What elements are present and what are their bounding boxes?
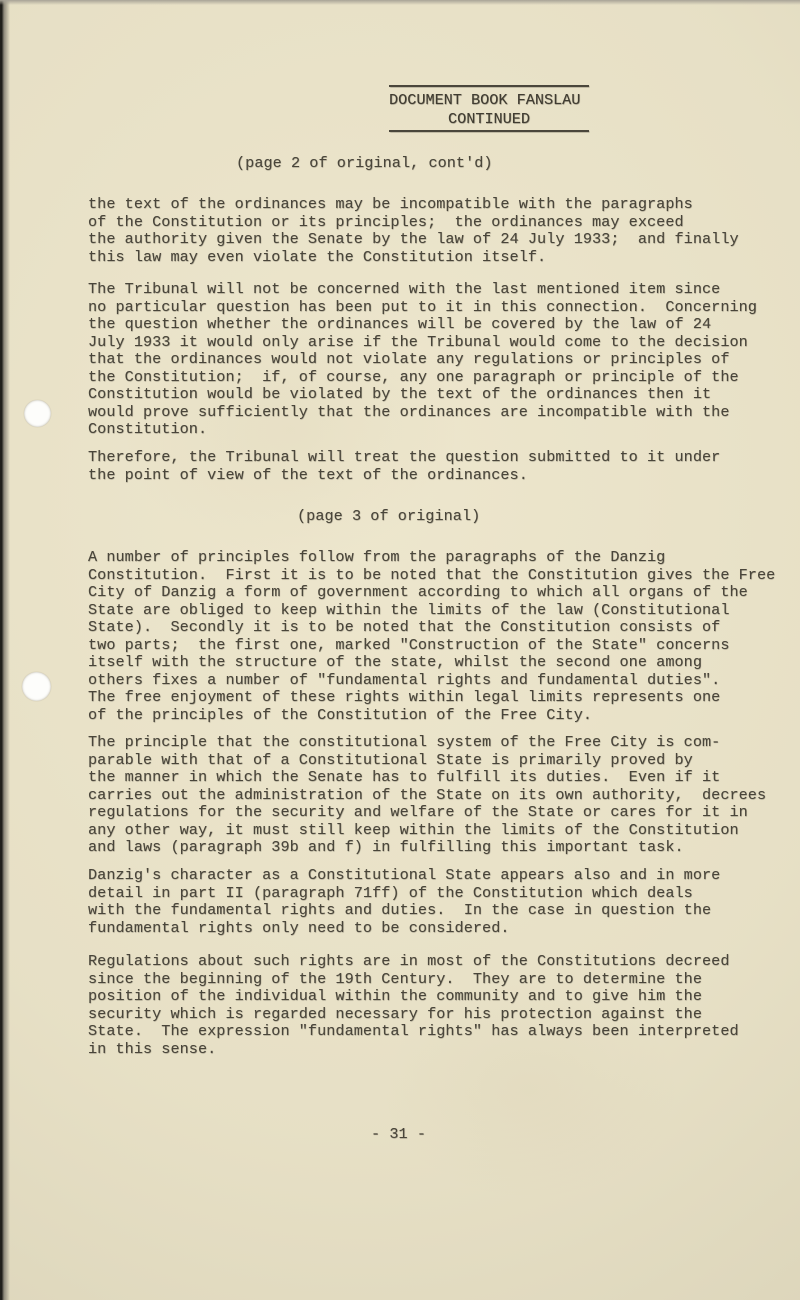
page2-section-heading: (page 2 of original, cont'd)	[236, 155, 493, 173]
paragraph-constitutional-system: The principle that the constitutional sy…	[88, 734, 766, 857]
paragraph-tribunal-treat: Therefore, the Tribunal will treat the q…	[88, 449, 720, 484]
paragraph-danzig-character: Danzig's character as a Constitutional S…	[88, 867, 720, 937]
page-top-edge-shadow	[0, 0, 800, 5]
punch-hole-top	[24, 400, 51, 427]
paragraph-ordinances-incompatible: the text of the ordinances may be incomp…	[88, 196, 739, 266]
page-left-edge-shadow	[0, 0, 10, 1300]
header-title: DOCUMENT BOOK FANSLAU	[389, 91, 589, 110]
header-bottom-rule	[389, 130, 589, 132]
scanned-page: DOCUMENT BOOK FANSLAU CONTINUED (page 2 …	[0, 0, 800, 1300]
paragraph-regulations-rights: Regulations about such rights are in mos…	[88, 953, 739, 1058]
paragraph-danzig-principles: A number of principles follow from the p…	[88, 549, 775, 724]
header-subtitle: CONTINUED	[389, 110, 589, 128]
document-header: DOCUMENT BOOK FANSLAU CONTINUED	[389, 85, 589, 132]
punch-hole-bottom	[22, 672, 51, 701]
header-top-rule	[389, 85, 589, 87]
page-number: - 31 -	[371, 1126, 426, 1144]
paragraph-tribunal-concern: The Tribunal will not be concerned with …	[88, 281, 757, 439]
page3-section-heading: (page 3 of original)	[297, 508, 480, 526]
